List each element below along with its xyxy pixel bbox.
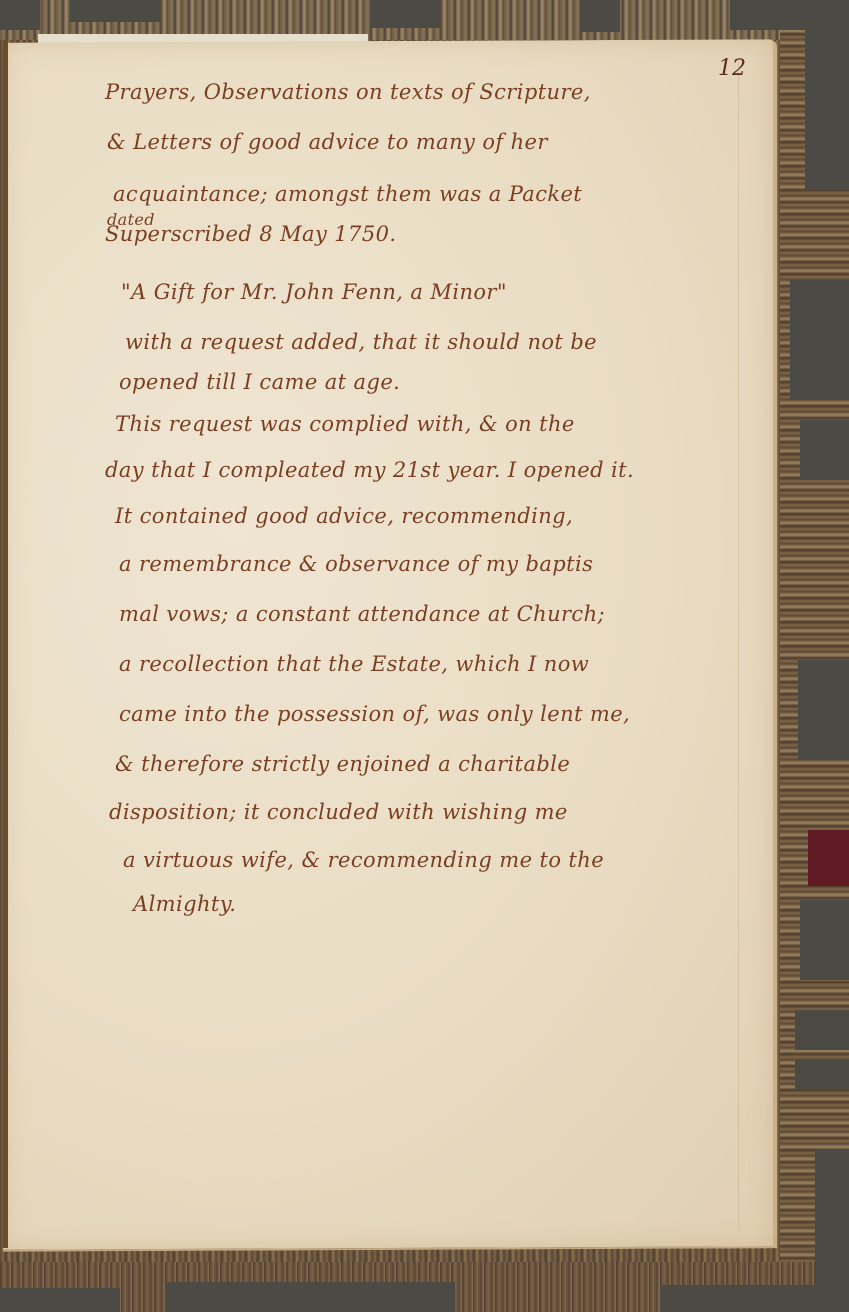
backdrop-patch <box>580 0 620 32</box>
text-line: & Letters of good advice to many of her <box>107 130 548 154</box>
text-line: This request was complied with, & on the <box>115 412 575 436</box>
page-spine <box>3 41 8 1248</box>
text-line: day that I compleated my 21st year. I op… <box>105 458 634 482</box>
text-line: It contained good advice, recommending, <box>115 504 573 528</box>
text-line: Almighty. <box>133 892 236 916</box>
text-line: Superscribed 8 May 1750. <box>105 222 396 246</box>
text-line: disposition; it concluded with wishing m… <box>109 800 568 824</box>
text-line: a recollection that the Estate, which I … <box>119 652 589 676</box>
backdrop-patch-maroon <box>808 830 849 886</box>
text-line: acquaintance; amongst them was a Packet <box>113 182 582 206</box>
text-line: mal vows; a constant attendance at Churc… <box>119 602 605 626</box>
text-line: a virtuous wife, & recommending me to th… <box>123 848 604 872</box>
backdrop-patch <box>0 1288 120 1312</box>
backdrop-patch <box>165 1282 455 1312</box>
backdrop-patch <box>795 1060 849 1090</box>
page-fold-line <box>738 60 739 1230</box>
page-number: 12 <box>718 56 746 81</box>
text-line: Prayers, Observations on texts of Script… <box>105 80 591 104</box>
backdrop-patch <box>795 1010 849 1050</box>
text-line: "A Gift for Mr. John Fenn, a Minor" <box>121 280 507 304</box>
backdrop-patch <box>790 280 849 400</box>
backdrop-patch <box>70 0 160 22</box>
text-line: a remembrance & observance of my baptis <box>119 552 593 576</box>
backdrop-patch <box>800 420 849 480</box>
backdrop-patch <box>370 0 440 28</box>
backdrop-patch <box>798 660 849 760</box>
text-line: opened till I came at age. <box>119 370 400 394</box>
background-right-strip <box>780 0 849 1312</box>
backdrop-patch <box>0 0 40 30</box>
text-line: & therefore strictly enjoined a charitab… <box>115 752 570 776</box>
backdrop-patch <box>805 20 849 190</box>
backdrop-patch <box>660 1285 849 1312</box>
backdrop-patch <box>800 900 849 980</box>
text-line: came into the possession of, was only le… <box>119 702 630 726</box>
text-line: with a request added, that it should not… <box>125 330 597 354</box>
